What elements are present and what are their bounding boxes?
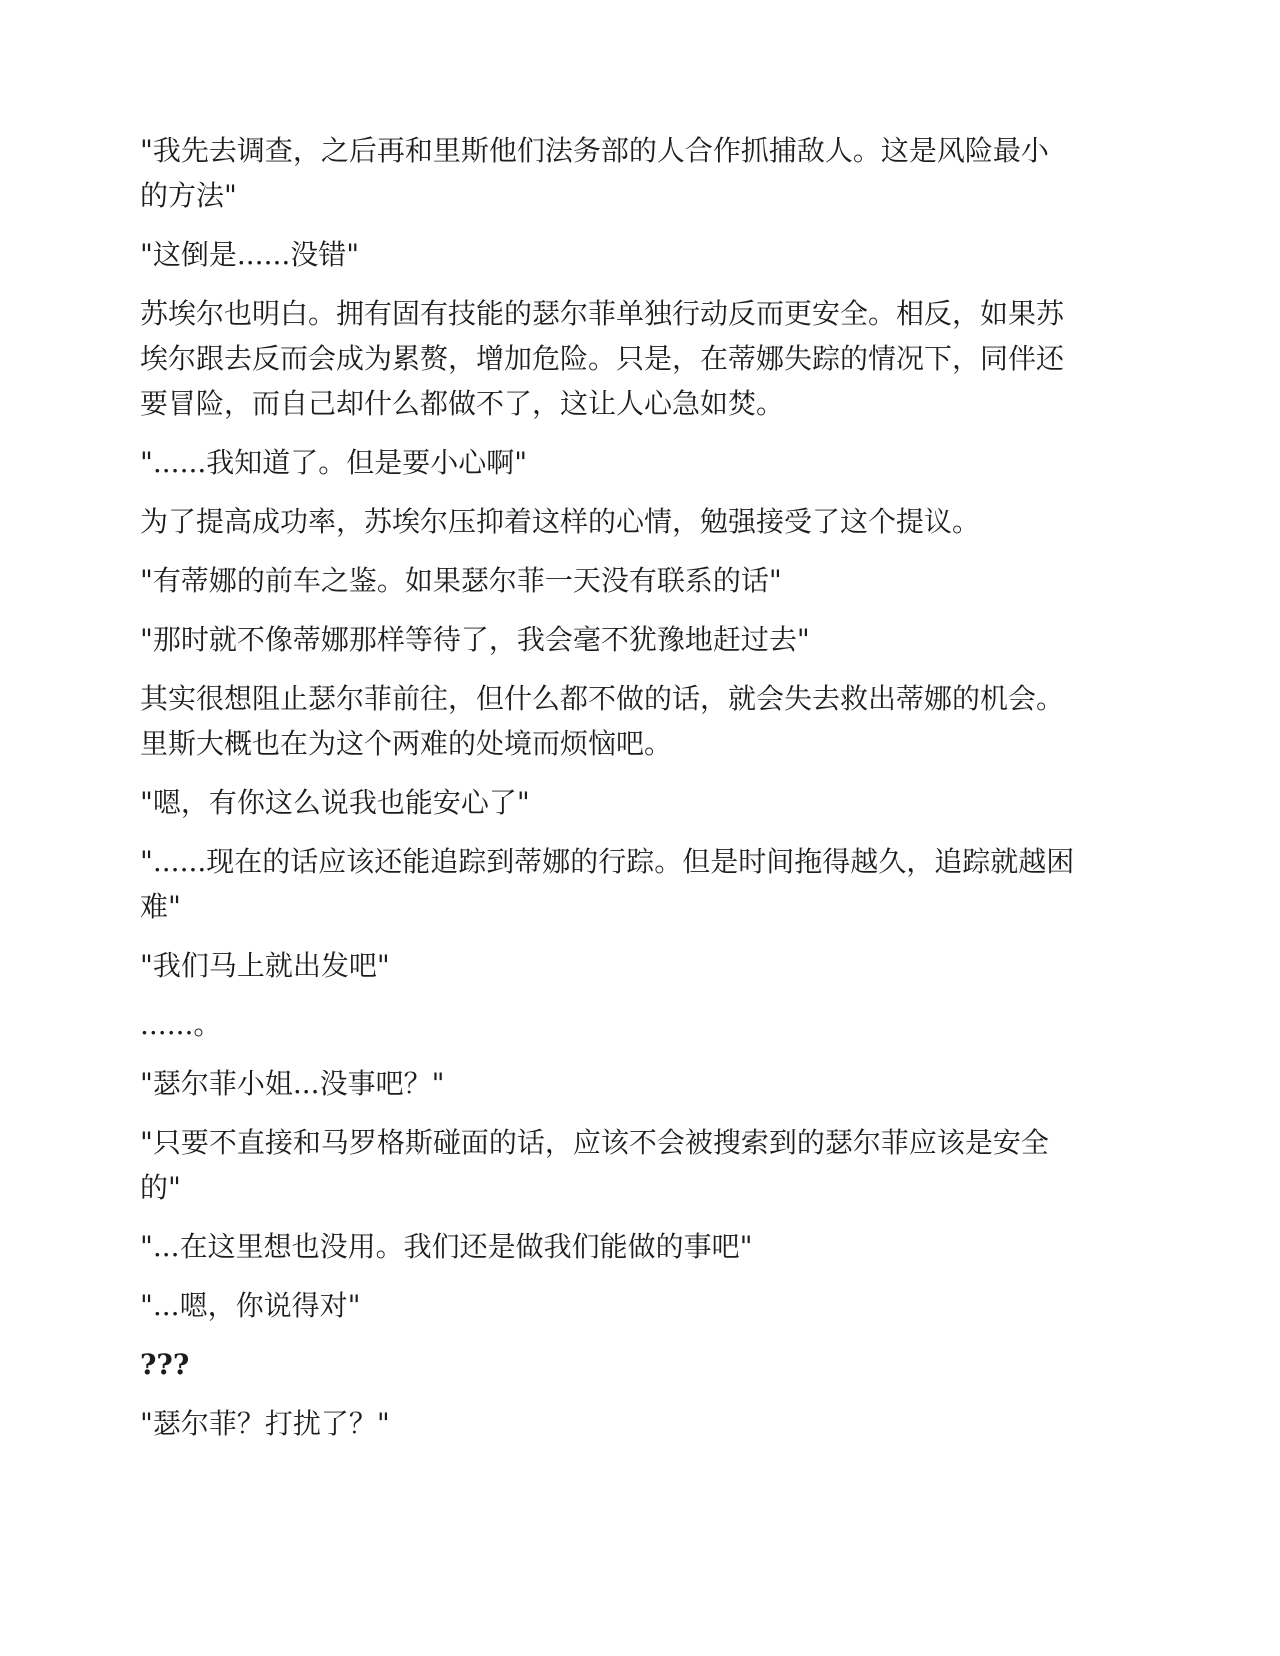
paragraph-dialogue: "......现在的话应该还能追踪到蒂娜的行踪。但是时间拖得越久，追踪就越困难" (140, 839, 1076, 929)
paragraph-dialogue: "有蒂娜的前车之鉴。如果瑟尔菲一天没有联系的话" (140, 558, 1076, 603)
paragraph-dialogue: "......我知道了。但是要小心啊" (140, 440, 1076, 485)
paragraph-dialogue: "瑟尔菲？打扰了？" (140, 1401, 1076, 1446)
paragraph-dialogue: "我们马上就出发吧" (140, 943, 1076, 988)
paragraph-dialogue: "...嗯，你说得对" (140, 1283, 1076, 1328)
paragraph-dialogue: "...在这里想也没用。我们还是做我们能做的事吧" (140, 1224, 1076, 1269)
paragraph-dialogue: "我先去调查，之后再和里斯他们法务部的人合作抓捕敌人。这是风险最小的方法" (140, 128, 1076, 218)
paragraph-dialogue: "这倒是......没错" (140, 232, 1076, 277)
paragraph-dialogue: "瑟尔菲小姐...没事吧？" (140, 1061, 1076, 1106)
document-page: "我先去调查，之后再和里斯他们法务部的人合作抓捕敌人。这是风险最小的方法" "这… (0, 0, 1280, 1446)
paragraph-narration: 苏埃尔也明白。拥有固有技能的瑟尔菲单独行动反而更安全。相反，如果苏埃尔跟去反而会… (140, 291, 1076, 426)
paragraph-narration: 其实很想阻止瑟尔菲前往，但什么都不做的话，就会失去救出蒂娜的机会。里斯大概也在为… (140, 676, 1076, 766)
paragraph-ellipsis: ......。 (140, 1002, 1076, 1047)
paragraph-narration: 为了提高成功率，苏埃尔压抑着这样的心情，勉强接受了这个提议。 (140, 499, 1076, 544)
paragraph-dialogue: "只要不直接和马罗格斯碰面的话，应该不会被搜索到的瑟尔菲应该是安全的" (140, 1120, 1076, 1210)
paragraph-scene-break: ??? (140, 1342, 1076, 1387)
paragraph-dialogue: "嗯，有你这么说我也能安心了" (140, 780, 1076, 825)
paragraph-dialogue: "那时就不像蒂娜那样等待了，我会毫不犹豫地赶过去" (140, 617, 1076, 662)
